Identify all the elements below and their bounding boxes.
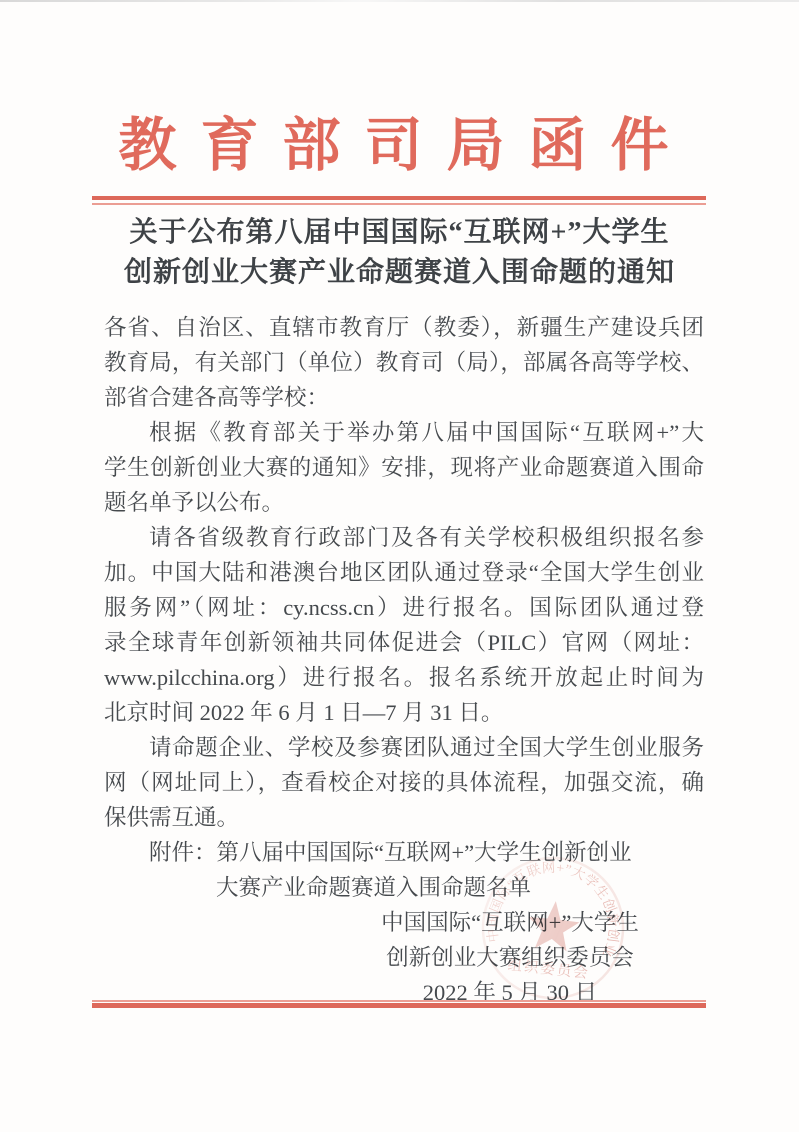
scan-top-edge — [0, 0, 799, 2]
signature-org-line-2: 创新创业大赛组织委员会 — [360, 940, 660, 975]
document-title-line-2: 创新创业大赛产业命题赛道入围命题的通知 — [0, 253, 799, 293]
body-line: 请各省级教育行政部门及各有关学校积极组织报名参 — [104, 520, 704, 555]
body-line: 录全球青年创新领袖共同体促进会（PILC）官网（网址： — [104, 625, 704, 660]
document-title: 关于公布第八届中国国际“互联网+”大学生 创新创业大赛产业命题赛道入围命题的通知 — [0, 213, 799, 293]
body-line: www.pilcchina.org）进行报名。报名系统开放起止时间为 — [104, 660, 704, 695]
body-line: 附件：第八届中国国际“互联网+”大学生创新创业 — [104, 835, 704, 870]
body-line: 学生创新创业大赛的通知》安排，现将产业命题赛道入围命 — [104, 450, 704, 485]
body-line: 服务网”（网址：cy.ncss.cn）进行报名。国际团队通过登 — [104, 590, 704, 625]
body-line: 请命题企业、学校及参赛团队通过全国大学生创业服务 — [104, 730, 704, 765]
document-title-line-1: 关于公布第八届中国国际“互联网+”大学生 — [0, 213, 799, 253]
body-line: 教育局，有关部门（单位）教育司（局），部属各高等学校、 — [104, 345, 704, 380]
body-line: 各省、自治区、直辖市教育厅（教委），新疆生产建设兵团 — [104, 310, 704, 345]
body-line: 大赛产业命题赛道入围命题名单 — [104, 870, 704, 905]
footer-rule-thick — [92, 1003, 706, 1008]
letter-body: 各省、自治区、直辖市教育厅（教委），新疆生产建设兵团教育局，有关部门（单位）教育… — [104, 310, 704, 905]
header-rule-thick — [92, 196, 706, 200]
signature-org-line-1: 中国国际“互联网+”大学生 — [360, 905, 660, 940]
body-line: 根据《教育部关于举办第八届中国国际“互联网+”大 — [104, 415, 704, 450]
scanned-official-letter: 教育部司局函件 关于公布第八届中国国际“互联网+”大学生 创新创业大赛产业命题赛… — [0, 0, 799, 1132]
header-rule-thin — [92, 203, 706, 205]
letterhead-title: 教育部司局函件 — [0, 103, 799, 189]
signature-block: 中国国际“互联网+”大学生 创新创业大赛组织委员会 2022 年 5 月 30 … — [360, 905, 660, 1010]
body-line: 网（网址同上），查看校企对接的具体流程，加强交流，确 — [104, 765, 704, 800]
footer-rule-thin — [92, 1000, 706, 1002]
body-line: 题名单予以公布。 — [104, 485, 704, 520]
body-line: 北京时间 2022 年 6 月 1 日—7 月 31 日。 — [104, 695, 704, 730]
body-line: 保供需互通。 — [104, 800, 704, 835]
body-line: 部省合建各高等学校： — [104, 380, 704, 415]
body-line: 加。中国大陆和港澳台地区团队通过登录“全国大学生创业 — [104, 555, 704, 590]
